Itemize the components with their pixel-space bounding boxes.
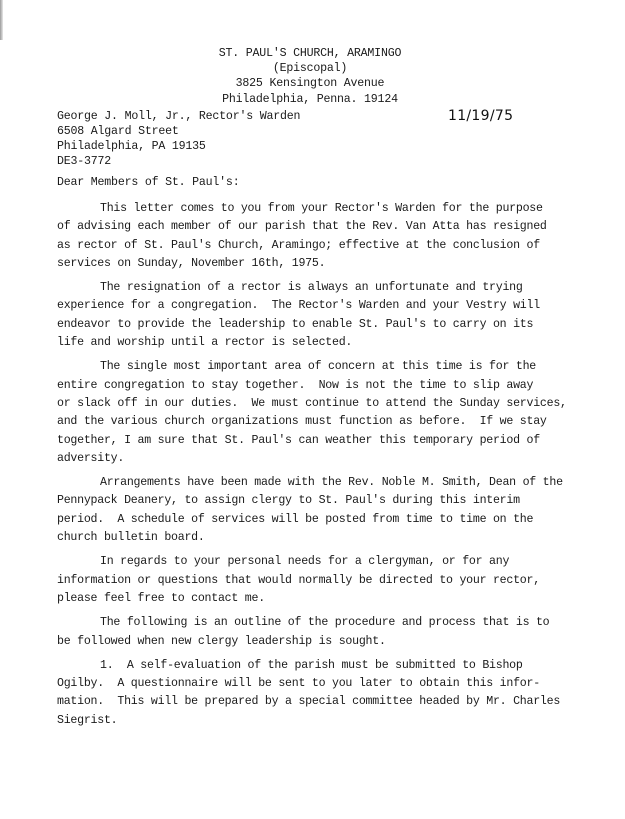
sender-street: 6508 Algard Street [57,124,300,139]
salutation: Dear Members of St. Paul's: [57,176,239,189]
text-line: The resignation of a rector is always an… [57,279,597,297]
text-line: In regards to your personal needs for a … [57,553,597,571]
text-line: or slack off in our duties. We must cont… [57,395,597,413]
body-paragraph: This letter comes to you from your Recto… [57,200,597,273]
text-line: please feel free to contact me. [57,590,597,608]
text-line: as rector of St. Paul's Church, Aramingo… [57,237,597,255]
text-line: experience for a congregation. The Recto… [57,297,597,315]
text-line: endeavor to provide the leadership to en… [57,316,597,334]
text-line: Ogilby. A questionnaire will be sent to … [57,675,597,693]
church-name: ST. PAUL'S CHURCH, ARAMINGO [180,46,440,61]
text-line: Pennypack Deanery, to assign clergy to S… [57,492,597,510]
text-line: together, I am sure that St. Paul's can … [57,432,597,450]
sender-city: Philadelphia, PA 19135 [57,139,300,154]
letterhead: ST. PAUL'S CHURCH, ARAMINGO (Episcopal) … [180,46,440,107]
body-paragraph: The following is an outline of the proce… [57,614,597,651]
sender-name: George J. Moll, Jr., Rector's Warden [57,109,300,124]
body-paragraph: 1. A self-evaluation of the parish must … [57,657,597,730]
text-line: life and worship until a rector is selec… [57,334,597,352]
text-line: information or questions that would norm… [57,572,597,590]
body-paragraph: In regards to your personal needs for a … [57,553,597,608]
text-line: period. A schedule of services will be p… [57,511,597,529]
body-paragraph: Arrangements have been made with the Rev… [57,474,597,547]
text-line: and the various church organizations mus… [57,413,597,431]
denomination: (Episcopal) [180,61,440,76]
text-line: Siegrist. [57,712,597,730]
letter-date: 11/19/75 [448,108,513,124]
text-line: This letter comes to you from your Recto… [57,200,597,218]
text-line: mation. This will be prepared by a speci… [57,693,597,711]
text-line: The following is an outline of the proce… [57,614,597,632]
text-line: be followed when new clergy leadership i… [57,633,597,651]
letter-body: This letter comes to you from your Recto… [57,200,597,736]
text-line: of advising each member of our parish th… [57,218,597,236]
church-street: 3825 Kensington Avenue [180,76,440,91]
text-line: church bulletin board. [57,529,597,547]
text-line: adversity. [57,450,597,468]
text-line: Arrangements have been made with the Rev… [57,474,597,492]
text-line: The single most important area of concer… [57,358,597,376]
body-paragraph: The single most important area of concer… [57,358,597,468]
text-line: entire congregation to stay together. No… [57,377,597,395]
text-line: 1. A self-evaluation of the parish must … [57,657,597,675]
scan-page-edge [0,0,3,40]
sender-phone: DE3-3772 [57,154,300,169]
text-line: services on Sunday, November 16th, 1975. [57,255,597,273]
body-paragraph: The resignation of a rector is always an… [57,279,597,352]
sender-block: George J. Moll, Jr., Rector's Warden 650… [57,109,300,169]
church-city: Philadelphia, Penna. 19124 [180,92,440,107]
